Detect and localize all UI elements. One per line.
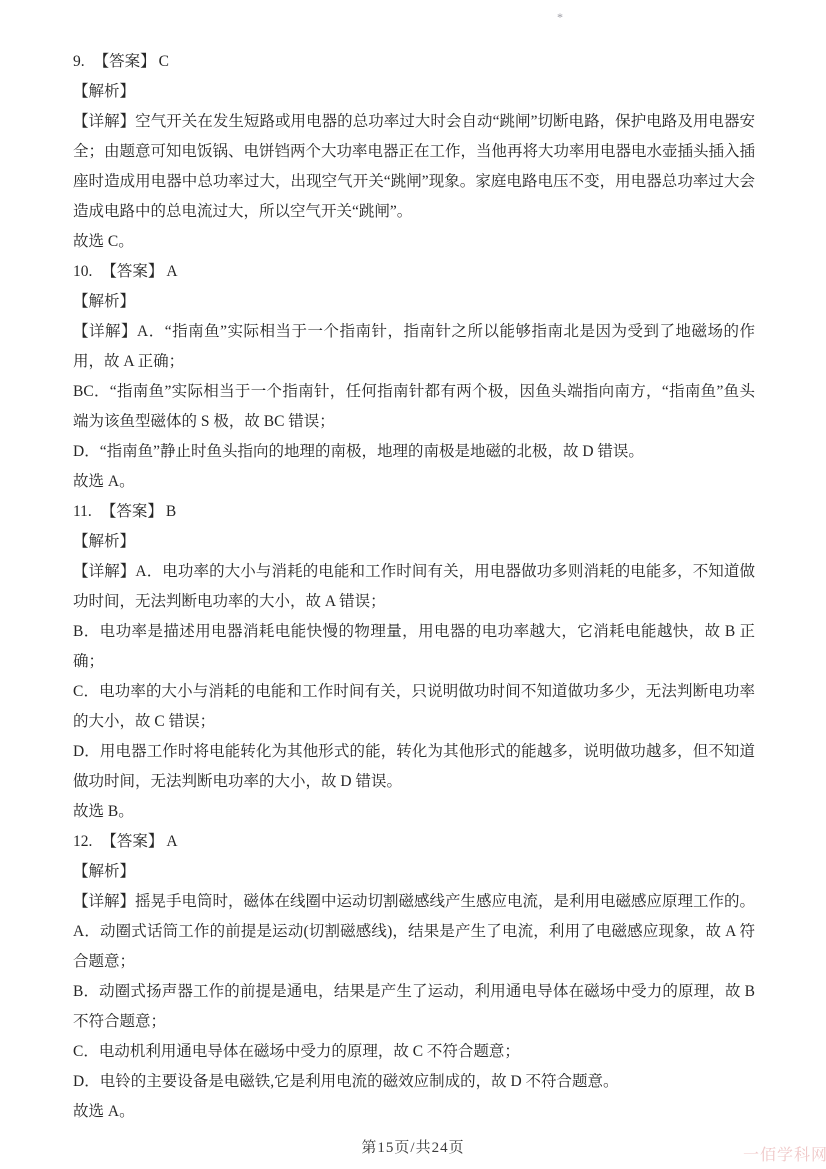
q9-answer-label: 【答案】 [94, 53, 156, 70]
q10-detail-option-bc: BC．“指南鱼”实际相当于一个指南针，任何指南针都有两个极，因鱼头端指向南方，“… [73, 377, 755, 437]
question-12-block: 12.【答案】A 【解析】 【详解】摇晃手电筒时，磁体在线圈中运动切割磁感线产生… [73, 827, 755, 1127]
site-watermark: 一佰学科网 [743, 1142, 826, 1165]
q11-answer-label: 【答案】 [101, 503, 163, 520]
q12-answer-value: A [166, 833, 177, 850]
document-body: 9.【答案】C 【解析】 【详解】空气开关在发生短路或用电器的总功率过大时会自动… [73, 47, 755, 1127]
q10-detail-option-d: D．“指南鱼”静止时鱼头指向的地理的南极，地理的南极是地磁的北极，故 D 错误。 [73, 437, 755, 467]
page-number-footer: 第15页/共24页 [0, 1136, 826, 1157]
q11-detail-option-b: B．电功率是描述用电器消耗电能快慢的物理量，用电器的电功率越大，它消耗电能越快，… [73, 617, 755, 677]
q10-detail-option-a: 【详解】A．“指南鱼”实际相当于一个指南针，指南针之所以能够指南北是因为受到了地… [73, 317, 755, 377]
question-9-block: 9.【答案】C 【解析】 【详解】空气开关在发生短路或用电器的总功率过大时会自动… [73, 47, 755, 257]
q9-answer-value: C [159, 53, 169, 70]
q10-answer-line: 10.【答案】A [73, 257, 755, 287]
q9-answer-line: 9.【答案】C [73, 47, 755, 77]
q11-answer-line: 11.【答案】B [73, 497, 755, 527]
q9-number: 9. [73, 53, 85, 70]
q11-detail-option-c: C．电功率的大小与消耗的电能和工作时间有关，只说明做功时间不知道做功多少，无法判… [73, 677, 755, 737]
q10-analysis-label: 【解析】 [73, 287, 755, 317]
q10-answer-label: 【答案】 [101, 263, 163, 280]
q12-answer-label: 【答案】 [101, 833, 163, 850]
q11-answer-value: B [166, 503, 176, 520]
q12-number: 12. [73, 833, 92, 850]
q10-conclusion: 故选 A。 [73, 467, 755, 497]
q10-number: 10. [73, 263, 92, 280]
q10-answer-value: A [166, 263, 177, 280]
answer-sheet-page: * 9.【答案】C 【解析】 【详解】空气开关在发生短路或用电器的总功率过大时会… [0, 0, 826, 1169]
question-11-block: 11.【答案】B 【解析】 【详解】A．电功率的大小与消耗的电能和工作时间有关，… [73, 497, 755, 827]
q12-detail-option-d: D．电铃的主要设备是电磁铁,它是利用电流的磁效应制成的，故 D 不符合题意。 [73, 1067, 755, 1097]
q12-detail-option-b: B．动圈式扬声器工作的前提是通电，结果是产生了运动，利用通电导体在磁场中受力的原… [73, 977, 755, 1037]
q11-detail-option-d: D．用电器工作时将电能转化为其他形式的能，转化为其他形式的能越多，说明做功越多，… [73, 737, 755, 797]
q12-answer-line: 12.【答案】A [73, 827, 755, 857]
q11-conclusion: 故选 B。 [73, 797, 755, 827]
q11-number: 11. [73, 503, 92, 520]
question-10-block: 10.【答案】A 【解析】 【详解】A．“指南鱼”实际相当于一个指南针，指南针之… [73, 257, 755, 497]
q9-detail-paragraph: 【详解】空气开关在发生短路或用电器的总功率过大时会自动“跳闸”切断电路，保护电路… [73, 107, 755, 227]
top-mark: * [557, 10, 563, 25]
q9-analysis-label: 【解析】 [73, 77, 755, 107]
q12-detail-option-a: A．动圈式话筒工作的前提是运动(切割磁感线)，结果是产生了电流，利用了电磁感应现… [73, 917, 755, 977]
q11-analysis-label: 【解析】 [73, 527, 755, 557]
q11-detail-option-a: 【详解】A．电功率的大小与消耗的电能和工作时间有关，用电器做功多则消耗的电能多，… [73, 557, 755, 617]
q12-detail-intro: 【详解】摇晃手电筒时，磁体在线圈中运动切割磁感线产生感应电流，是利用电磁感应原理… [73, 887, 755, 917]
q9-conclusion: 故选 C。 [73, 227, 755, 257]
q12-conclusion: 故选 A。 [73, 1097, 755, 1127]
q12-detail-option-c: C．电动机利用通电导体在磁场中受力的原理，故 C 不符合题意； [73, 1037, 755, 1067]
q12-analysis-label: 【解析】 [73, 857, 755, 887]
